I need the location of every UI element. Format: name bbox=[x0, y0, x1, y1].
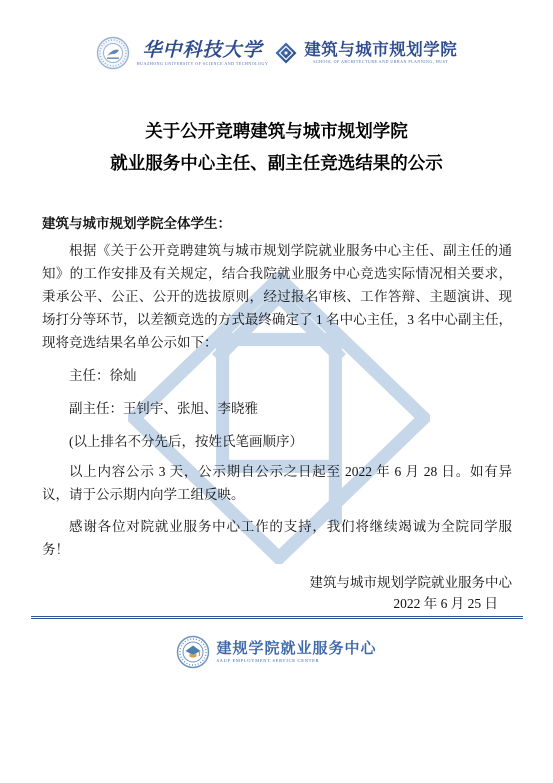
employment-center-badge-icon bbox=[176, 635, 210, 669]
footer-center-name-en: SAUP EMPLOYMENT SERVICE CENTER bbox=[216, 659, 376, 664]
school-name: 建筑与城市规划学院 bbox=[304, 42, 457, 59]
signature-block: 建筑与城市规划学院就业服务中心 2022 年 6 月 25 日 bbox=[42, 572, 512, 614]
university-name: 华中科技大学 bbox=[142, 41, 262, 60]
footer-center-name-block: 建规学院就业服务中心 SAUP EMPLOYMENT SERVICE CENTE… bbox=[216, 641, 376, 663]
hust-seal-icon bbox=[96, 36, 130, 70]
ranking-note-line: (以上排名不分先后，按姓氏笔画顺序） bbox=[42, 430, 512, 453]
letterhead: 华中科技大学 HUAZHONG UNIVERSITY OF SCIENCE AN… bbox=[0, 0, 553, 70]
footer-logo: 建规学院就业服务中心 SAUP EMPLOYMENT SERVICE CENTE… bbox=[0, 635, 553, 669]
document-title-line2: 就业服务中心主任、副主任竞选结果的公示 bbox=[0, 152, 553, 174]
school-name-block: 建筑与城市规划学院 SCHOOL OF ARCHITECTURE AND URB… bbox=[304, 42, 457, 65]
footer-divider bbox=[31, 616, 523, 619]
signature-date: 2022 年 6 月 25 日 bbox=[42, 593, 512, 614]
document-title: 关于公开竞聘建筑与城市规划学院 就业服务中心主任、副主任竞选结果的公示 bbox=[0, 120, 553, 174]
paragraph-basis: 根据《关于公开竞聘建筑与城市规划学院就业服务中心主任、副主任的通知》的工作安排及… bbox=[42, 239, 512, 354]
salutation: 建筑与城市规划学院全体学生： bbox=[42, 212, 512, 235]
director-result-line: 主任：徐灿 bbox=[42, 364, 512, 387]
document-title-line1: 关于公开竞聘建筑与城市规划学院 bbox=[0, 120, 553, 142]
university-name-block: 华中科技大学 HUAZHONG UNIVERSITY OF SCIENCE AN… bbox=[137, 41, 269, 66]
document-body: 建筑与城市规划学院全体学生： 根据《关于公开竞聘建筑与城市规划学院就业服务中心主… bbox=[42, 212, 512, 614]
announcement-document: 华中科技大学 HUAZHONG UNIVERSITY OF SCIENCE AN… bbox=[0, 0, 553, 783]
paragraph-thanks: 感谢各位对院就业服务中心工作的支持，我们将继续竭诚为全院同学服务！ bbox=[42, 515, 512, 561]
school-diamond-logo-icon bbox=[275, 42, 297, 64]
school-name-en: SCHOOL OF ARCHITECTURE AND URBAN PLANNIN… bbox=[313, 60, 448, 64]
footer-center-name: 建规学院就业服务中心 bbox=[216, 641, 376, 656]
signature-organization: 建筑与城市规划学院就业服务中心 bbox=[42, 572, 512, 593]
university-name-en: HUAZHONG UNIVERSITY OF SCIENCE AND TECHN… bbox=[137, 62, 269, 66]
deputy-directors-result-line: 副主任：王钊宇、张旭、李晓雅 bbox=[42, 397, 512, 420]
paragraph-publicity-period: 以上内容公示 3 天，公示期自公示之日起至 2022 年 6 月 28 日。如有… bbox=[42, 460, 512, 506]
